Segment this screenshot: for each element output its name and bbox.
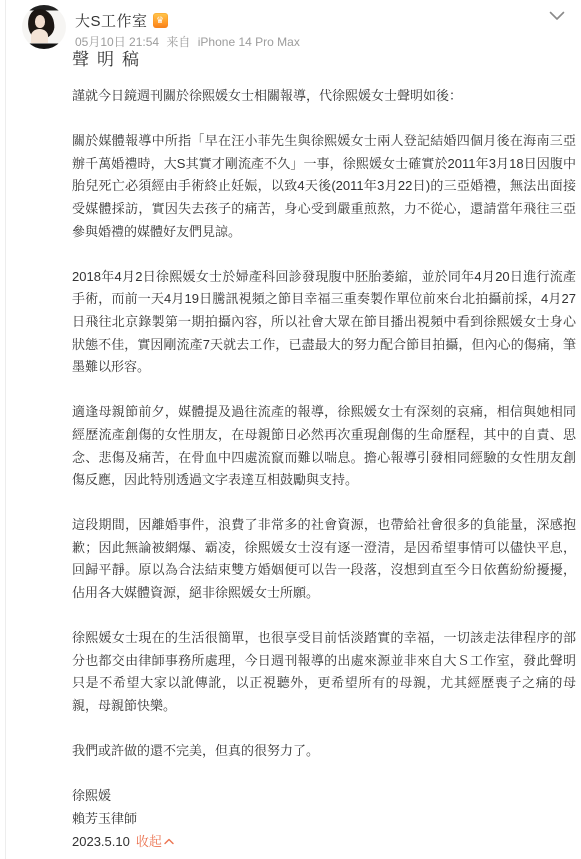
collapse-label: 收起: [136, 834, 162, 849]
post-timestamp: 05月10日 21:54: [75, 35, 159, 49]
signature-lawyer: 賴芳玉律師: [72, 808, 576, 831]
avatar-shoulder-shape: [31, 29, 48, 43]
post-paragraph: 2018年4月2日徐熙媛女士於婦產科回診發現腹中胚胎萎縮，並於同年4月20日進行…: [72, 266, 576, 379]
chevron-down-icon[interactable]: [549, 8, 567, 22]
post-paragraph: 關於媒體報導中所指「早在汪小菲先生與徐熙媛女士兩人登記結婚四個月後在海南三亞辦千…: [72, 130, 576, 243]
collapse-up-icon: [164, 838, 174, 845]
signature-date: 2023.5.10: [72, 834, 130, 849]
post-paragraph: 謹就今日鏡週刊關於徐熙媛女士相關報導，代徐熙媛女士聲明如後：: [72, 85, 576, 108]
post-content: 聲明稿 謹就今日鏡週刊關於徐熙媛女士相關報導，代徐熙媛女士聲明如後： 關於媒體報…: [72, 49, 576, 853]
name-row: 大S工作室 ♛: [75, 11, 168, 29]
vip-badge-icon[interactable]: ♛: [153, 13, 168, 28]
source-device-link[interactable]: iPhone 14 Pro Max: [198, 35, 300, 49]
avatar[interactable]: [22, 5, 66, 49]
signature-date-line: 2023.5.10收起: [72, 831, 576, 854]
post-title: 聲明稿: [72, 49, 576, 71]
post-header: 大S工作室 ♛ 05月10日 21:54 来自 iPhone 14 Pro Ma…: [0, 0, 581, 50]
post-paragraph: 徐熙媛女士現在的生活很簡單，也很享受目前恬淡踏實的幸福，一切該走法律程序的部分也…: [72, 627, 576, 717]
collapse-button[interactable]: 收起: [136, 834, 174, 849]
signature-name: 徐熙媛: [72, 785, 576, 808]
post-paragraph: 我們或許做的還不完美，但真的很努力了。: [72, 740, 576, 763]
page-edge-divider: [5, 0, 6, 859]
post-paragraph: 適逢母親節前夕，媒體提及過往流產的報導，徐熙媛女士有深刻的哀痛，相信與她相同經歷…: [72, 401, 576, 491]
post-paragraph: 這段期間，因離婚事件，浪費了非常多的社會資源，也帶給社會很多的負能量，深感抱歉；…: [72, 514, 576, 604]
post-body: 謹就今日鏡週刊關於徐熙媛女士相關報導，代徐熙媛女士聲明如後： 關於媒體報導中所指…: [72, 85, 576, 853]
source-prefix: 来自: [166, 35, 190, 49]
username[interactable]: 大S工作室: [75, 10, 148, 31]
post-meta: 05月10日 21:54 来自 iPhone 14 Pro Max: [75, 33, 300, 50]
avatar-face-shape: [35, 15, 45, 28]
